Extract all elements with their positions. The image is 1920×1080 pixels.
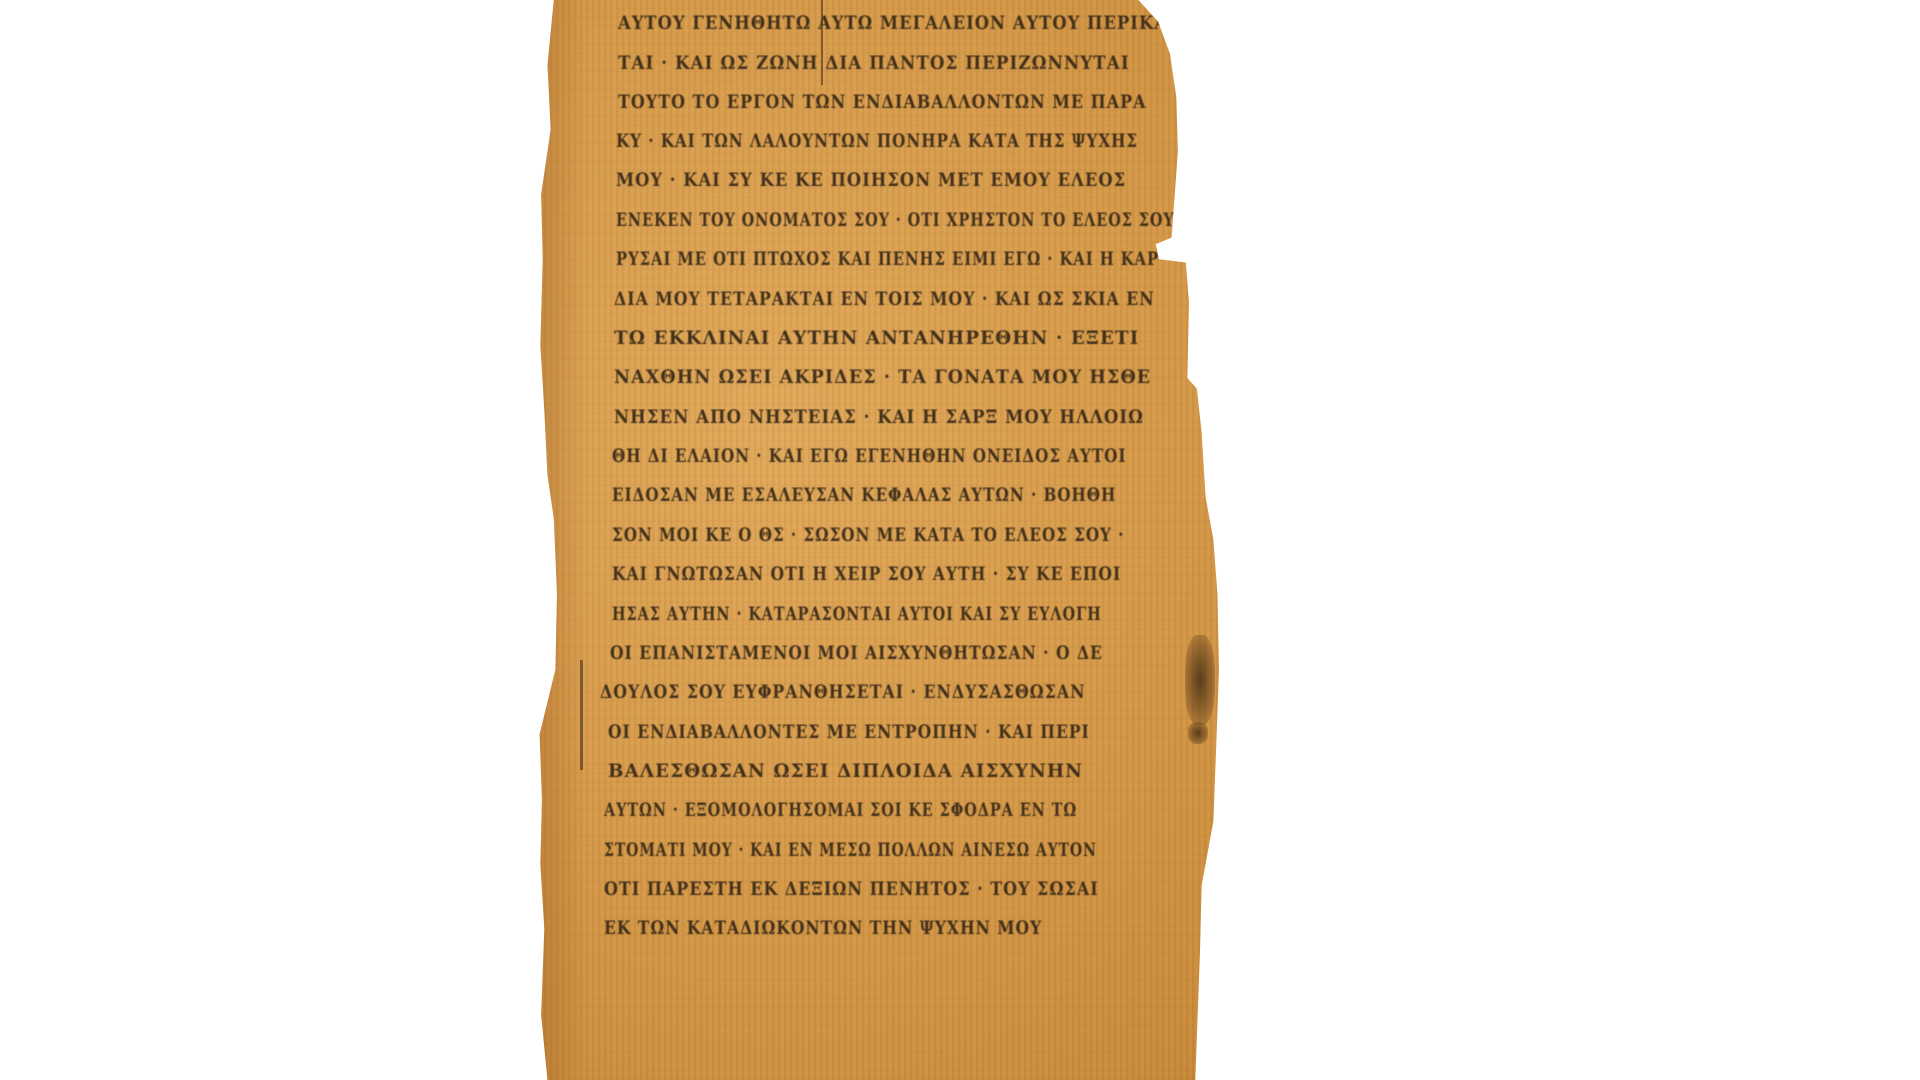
- text-line: ΤΟΥΤΟ ΤΟ ΕΡΓΟΝ ΤΩΝ ΕΝΔΙΑΒΑΛΛΟΝΤΩΝ ΜΕ ΠΑΡ…: [618, 91, 1147, 113]
- text-line: ΕΙΔΟΣΑΝ ΜΕ ΕΣΑΛΕΥΣΑΝ ΚΕΦΑΛΑΣ ΑΥΤΩΝ · ΒΟΗ…: [612, 484, 1116, 506]
- text-line: ΤΩ ΕΚΚΛΙΝΑΙ ΑΥΤΗΝ ΑΝΤΑΝΗΡΕΘΗΝ · ΕΞΕΤΙ: [614, 327, 1139, 349]
- text-line: ΣΤΟΜΑΤΙ ΜΟΥ · ΚΑΙ ΕΝ ΜΕΣΩ ΠΟΛΛΩΝ ΑΙΝΕΣΩ …: [604, 839, 1097, 861]
- text-line: ΘΗ ΔΙ ΕΛΑΙΟΝ · ΚΑΙ ΕΓΩ ΕΓΕΝΗΘΗΝ ΟΝΕΙΔΟΣ …: [612, 445, 1126, 467]
- papyrus-fragment: ΑΥΤΟΥ ΓΕΝΗΘΗΤΩ ΑΥΤΩ ΜΕΓΑΛΕΙΟΝ ΑΥΤΟΥ ΠΕΡΙ…: [538, 0, 1328, 1080]
- text-line: ΕΝΕΚΕΝ ΤΟΥ ΟΝΟΜΑΤΟΣ ΣΟΥ · ΟΤΙ ΧΡΗΣΤΟΝ ΤΟ…: [616, 209, 1175, 231]
- text-line: ΝΑΧΘΗΝ ΩΣΕΙ ΑΚΡΙΔΕΣ · ΤΑ ΓΟΝΑΤΑ ΜΟΥ ΗΣΘΕ: [614, 366, 1151, 388]
- text-line: ΚΥ · ΚΑΙ ΤΩΝ ΛΑΛΟΥΝΤΩΝ ΠΟΝΗΡΑ ΚΑΤΑ ΤΗΣ Ψ…: [616, 130, 1138, 152]
- text-line: ΟΙ ΕΠΑΝΙΣΤΑΜΕΝΟΙ ΜΟΙ ΑΙΣΧΥΝΘΗΤΩΣΑΝ · Ο Δ…: [610, 642, 1103, 664]
- text-line: ΟΤΙ ΠΑΡΕΣΤΗ ΕΚ ΔΕΞΙΩΝ ΠΕΝΗΤΟΣ · ΤΟΥ ΣΩΣΑ…: [604, 878, 1099, 900]
- text-line: ΔΟΥΛΟΣ ΣΟΥ ΕΥΦΡΑΝΘΗΣΕΤΑΙ · ΕΝΔΥΣΑΣΘΩΣΑΝ: [600, 681, 1086, 703]
- text-line: ΜΟΥ · ΚΑΙ ΣΥ ΚΕ ΚΕ ΠΟΙΗΣΟΝ ΜΕΤ ΕΜΟΥ ΕΛΕΟ…: [616, 169, 1126, 191]
- photo-canvas: ΑΥΤΟΥ ΓΕΝΗΘΗΤΩ ΑΥΤΩ ΜΕΓΑΛΕΙΟΝ ΑΥΤΟΥ ΠΕΡΙ…: [0, 0, 1920, 1080]
- text-line: ΑΥΤΩΝ · ΕΞΟΜΟΛΟΓΗΣΟΜΑΙ ΣΟΙ ΚΕ ΣΦΟΔΡΑ ΕΝ …: [604, 799, 1077, 821]
- text-line: ΚΑΙ ΓΝΩΤΩΣΑΝ ΟΤΙ Η ΧΕΙΡ ΣΟΥ ΑΥΤΗ · ΣΥ ΚΕ…: [612, 563, 1121, 585]
- text-line: ΡΥΣΑΙ ΜΕ ΟΤΙ ΠΤΩΧΟΣ ΚΑΙ ΠΕΝΗΣ ΕΙΜΙ ΕΓΩ ·…: [616, 248, 1159, 270]
- text-line: ΤΑΙ · ΚΑΙ ΩΣ ΖΩΝΗ ΔΙΑ ΠΑΝΤΟΣ ΠΕΡΙΖΩΝΝΥΤΑ…: [618, 52, 1130, 74]
- text-line: ΒΑΛΕΣΘΩΣΑΝ ΩΣΕΙ ΔΙΠΛΟΙΔΑ ΑΙΣΧΥΝΗΝ: [608, 760, 1083, 782]
- text-line: ΗΣΑΣ ΑΥΤΗΝ · ΚΑΤΑΡΑΣΟΝΤΑΙ ΑΥΤΟΙ ΚΑΙ ΣΥ Ε…: [612, 603, 1102, 625]
- text-line: ΕΚ ΤΩΝ ΚΑΤΑΔΙΩΚΟΝΤΩΝ ΤΗΝ ΨΥΧΗΝ ΜΟΥ: [604, 917, 1042, 939]
- text-line: ΔΙΑ ΜΟΥ ΤΕΤΑΡΑΚΤΑΙ ΕΝ ΤΟΙΣ ΜΟΥ · ΚΑΙ ΩΣ …: [614, 288, 1155, 310]
- text-line: ΟΙ ΕΝΔΙΑΒΑΛΛΟΝΤΕΣ ΜΕ ΕΝΤΡΟΠΗΝ · ΚΑΙ ΠΕΡΙ: [608, 721, 1090, 743]
- text-line: ΝΗΣΕΝ ΑΠΟ ΝΗΣΤΕΙΑΣ · ΚΑΙ Η ΣΑΡΞ ΜΟΥ ΗΛΛΟ…: [614, 406, 1144, 428]
- text-line: ΣΟΝ ΜΟΙ ΚΕ Ο ΘΣ · ΣΩΣΟΝ ΜΕ ΚΑΤΑ ΤΟ ΕΛΕΟΣ…: [612, 524, 1124, 546]
- text-line: ΑΥΤΟΥ ΓΕΝΗΘΗΤΩ ΑΥΤΩ ΜΕΓΑΛΕΙΟΝ ΑΥΤΟΥ ΠΕΡΙ…: [618, 12, 1187, 34]
- papyrus-text: ΑΥΤΟΥ ΓΕΝΗΘΗΤΩ ΑΥΤΩ ΜΕΓΑΛΕΙΟΝ ΑΥΤΟΥ ΠΕΡΙ…: [538, 0, 1328, 1080]
